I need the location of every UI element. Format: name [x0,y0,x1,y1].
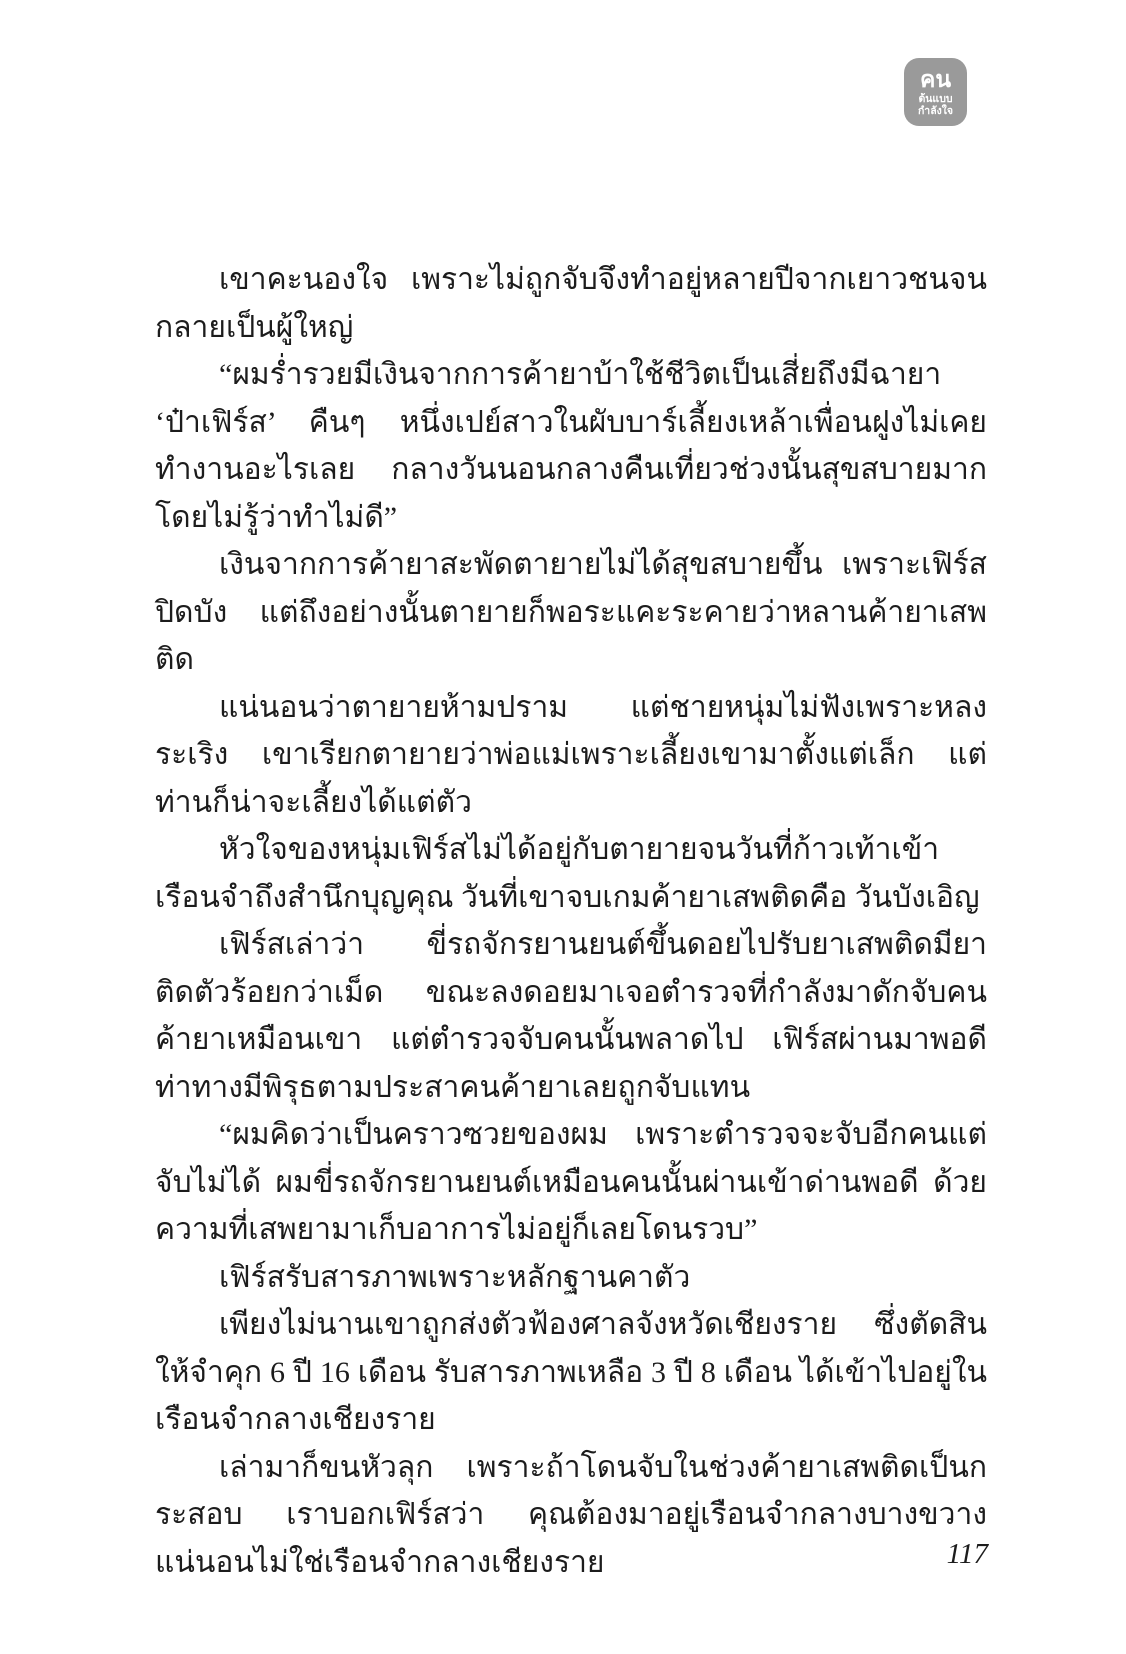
paragraph: หัวใจของหนุ่มเฟิร์สไม่ได้อยู่กับตายายจนว… [155,826,987,921]
paragraph: “ผมร่ำรวยมีเงินจากการค้ายาบ้าใช้ชีวิตเป็… [155,351,987,541]
paragraph: แน่นอนว่าตายายห้ามปราม แต่ชายหนุ่มไม่ฟัง… [155,684,987,827]
logo-text-line1: คน [920,68,951,91]
publisher-logo: คน ต้นแบบ กำลังใจ [904,58,967,126]
page-number: 117 [928,1538,988,1571]
logo-text-line3: กำลังใจ [918,106,953,117]
book-page: คน ต้นแบบ กำลังใจ เขาคะนองใจ เพราะไม่ถูก… [0,0,1126,1654]
logo-text-line2: ต้นแบบ [918,94,952,105]
paragraph: “ผมคิดว่าเป็นคราวซวยของผม เพราะตำรวจจะจั… [155,1111,987,1254]
paragraph: เงินจากการค้ายาสะพัดตายายไม่ได้สุขสบายขึ… [155,541,987,684]
paragraph: เขาคะนองใจ เพราะไม่ถูกจับจึงทำอยู่หลายปี… [155,256,987,351]
paragraph: เฟิร์สเล่าว่า ขี่รถจักรยานยนต์ขึ้นดอยไปร… [155,921,987,1111]
paragraph: เฟิร์สรับสารภาพเพราะหลักฐานคาตัว [155,1254,987,1302]
body-text: เขาคะนองใจ เพราะไม่ถูกจับจึงทำอยู่หลายปี… [155,256,987,1586]
paragraph: เพียงไม่นานเขาถูกส่งตัวฟ้องศาลจังหวัดเชี… [155,1301,987,1444]
paragraph: เล่ามาก็ขนหัวลุก เพราะถ้าโดนจับในช่วงค้า… [155,1444,987,1587]
